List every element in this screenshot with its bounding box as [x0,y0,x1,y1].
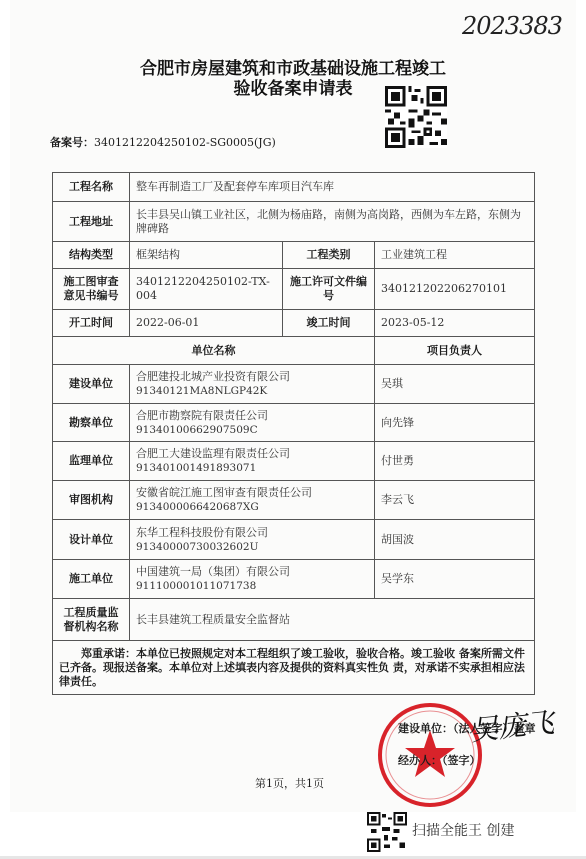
unit-credit-code: 91340121MA8NLGP42K [136,384,368,398]
unit-company: 合肥工大建设监理有限责任公司913401001491893071 [130,442,375,481]
unit-company: 合肥市勘察院有限责任公司91340100662907509C [130,404,375,442]
unit-company-name: 合肥工大建设监理有限责任公司 [136,447,290,460]
unit-credit-code: 91340100662907509C [136,423,368,437]
unit-role: 审图机构 [53,481,130,520]
project-name-value: 整车再制造工厂及配套停车库项目汽车库 [130,173,535,202]
scanner-watermark: 扫描全能王 创建 [412,820,514,840]
project-lead-header: 项目负责人 [375,337,535,365]
record-number: 备案号：3401212204250102-SG0005(JG) [50,134,276,150]
structure-label: 结构类型 [53,242,130,269]
page-indicator: 第1页，共1页 [255,775,324,791]
permit-value: 340121202206270101 [375,269,535,310]
unit-row: 勘察单位 合肥市勘察院有限责任公司91340100662907509C 向先锋 [53,404,535,442]
unit-person: 向先锋 [375,404,535,442]
handwritten-number: 2023383 [462,12,562,40]
row-project-address: 工程地址 长丰县吴山镇工业社区，北侧为杨庙路，南侧为高岗路，西侧为车左路，东侧为… [53,202,535,242]
row-review-permit: 施工图审查意见书编号 3401212204250102-TX-004 施工许可文… [53,269,535,310]
project-address-value: 长丰县吴山镇工业社区，北侧为杨庙路，南侧为高岗路，西侧为车左路，东侧为牌碑路 [130,202,535,242]
unit-person: 李云飞 [375,481,535,520]
unit-row: 施工单位 中国建筑一局（集团）有限公司911100001011071738 吴学… [53,560,535,599]
unit-role: 监理单位 [53,442,130,481]
unit-role: 施工单位 [53,560,130,599]
unit-row: 监理单位 合肥工大建设监理有限责任公司913401001491893071 付世… [53,442,535,481]
signature-handler-line: 经办人：（签字） [398,752,481,768]
finish-date-value: 2023-05-12 [375,310,535,337]
start-date-value: 2022-06-01 [130,310,283,337]
row-commitment: 郑重承诺：本单位已按照规定对本工程组织了竣工验收，验收合格。竣工验收 备案所需文… [53,641,535,695]
unit-company: 合肥建投北城产业投资有限公司91340121MA8NLGP42K [130,365,375,404]
project-address-label: 工程地址 [53,202,130,242]
commitment-text: 郑重承诺：本单位已按照规定对本工程组织了竣工验收，验收合格。竣工验收 备案所需文… [53,641,535,695]
project-name-label: 工程名称 [53,173,130,202]
start-date-label: 开工时间 [53,310,130,337]
unit-company: 东华工程科技股份有限公司91340000730032602U [130,520,375,560]
review-value: 3401212204250102-TX-004 [130,269,283,310]
unit-row: 审图机构 安徽省皖江施工图审查有限责任公司9134000066420687XG … [53,481,535,520]
unit-company: 中国建筑一局（集团）有限公司911100001011071738 [130,560,375,599]
unit-credit-code: 913401001491893071 [136,461,368,475]
unit-name-header: 单位名称 [53,337,375,365]
unit-role: 建设单位 [53,365,130,404]
unit-credit-code: 91340000730032602U [136,540,368,554]
units-header-row: 单位名称 项目负责人 [53,337,535,365]
unit-company-name: 中国建筑一局（集团）有限公司 [136,565,290,578]
unit-credit-code: 9134000066420687XG [136,500,368,514]
document-title-line2: 验收备案申请表 [0,74,586,99]
unit-company-name: 东华工程科技股份有限公司 [136,526,268,539]
unit-person: 付世勇 [375,442,535,481]
unit-row: 建设单位 合肥建投北城产业投资有限公司91340121MA8NLGP42K 吴琪 [53,365,535,404]
scanner-qr-icon [367,812,407,852]
row-dates: 开工时间 2022-06-01 竣工时间 2023-05-12 [53,310,535,337]
row-structure: 结构类型 框架结构 工程类别 工业建筑工程 [53,242,535,269]
structure-value: 框架结构 [130,242,283,269]
application-form-table: 工程名称 整车再制造工厂及配套停车库项目汽车库 工程地址 长丰县吴山镇工业社区，… [52,172,535,695]
supervision-label: 工程质量监督机构名称 [53,599,130,641]
review-label: 施工图审查意见书编号 [53,269,130,310]
unit-role: 勘察单位 [53,404,130,442]
unit-person: 胡国波 [375,520,535,560]
unit-person: 吴琪 [375,365,535,404]
row-supervision: 工程质量监督机构名称 长丰县建筑工程质量安全监督站 [53,599,535,641]
unit-company-name: 合肥市勘察院有限责任公司 [136,409,268,422]
qr-code-icon [385,86,447,148]
unit-company-name: 安徽省皖江施工图审查有限责任公司 [136,486,312,499]
unit-credit-code: 911100001011071738 [136,579,368,593]
unit-person: 吴学东 [375,560,535,599]
unit-role: 设计单位 [53,520,130,560]
category-label: 工程类别 [283,242,375,269]
unit-company-name: 合肥建投北城产业投资有限公司 [136,370,290,383]
permit-label: 施工许可文件编号 [283,269,375,310]
unit-row: 设计单位 东华工程科技股份有限公司91340000730032602U 胡国波 [53,520,535,560]
row-project-name: 工程名称 整车再制造工厂及配套停车库项目汽车库 [53,173,535,202]
record-number-label: 备案号： [50,136,94,149]
category-value: 工业建筑工程 [375,242,535,269]
unit-company: 安徽省皖江施工图审查有限责任公司9134000066420687XG [130,481,375,520]
supervision-value: 长丰县建筑工程质量安全监督站 [130,599,535,641]
record-number-value: 3401212204250102-SG0005(JG) [94,136,276,149]
finish-date-label: 竣工时间 [283,310,375,337]
